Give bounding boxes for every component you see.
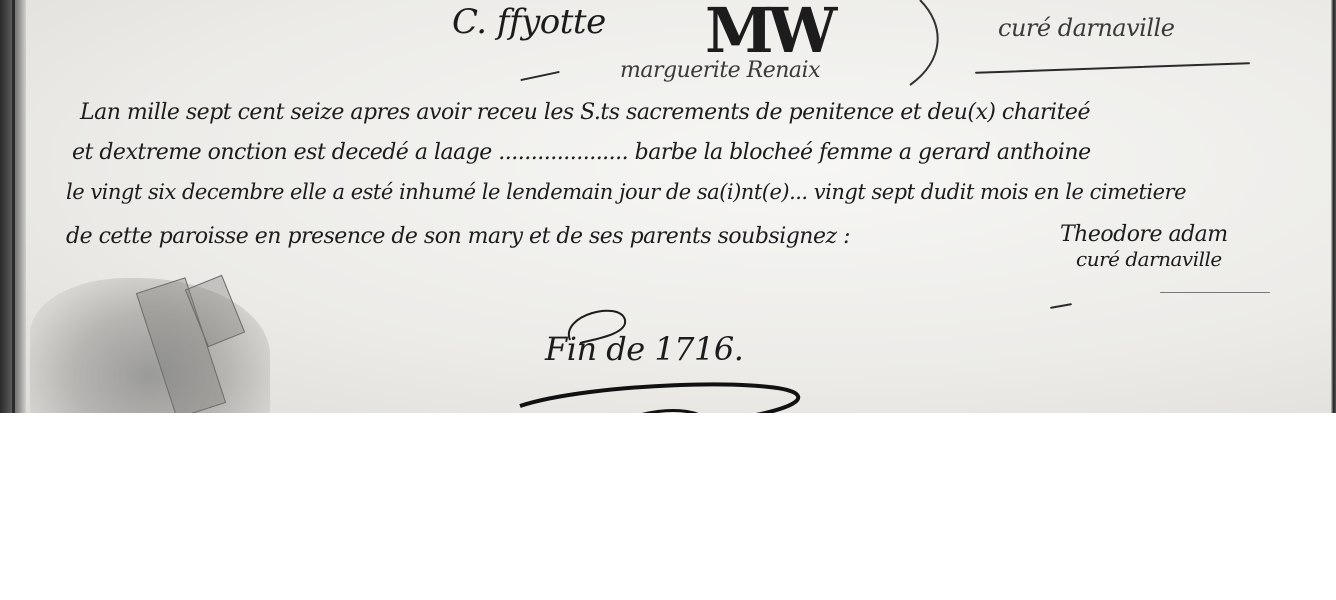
faint-rule <box>1160 292 1270 293</box>
register-scan: C. ffyotte MW marguerite Renaix curé dar… <box>0 0 1336 413</box>
signature-ffyotte: C. ffyotte <box>452 2 606 42</box>
signature-cure-title: curé darnaville <box>1076 247 1244 271</box>
page-right-edge <box>1331 0 1336 413</box>
signature-theodore-adam: Theodore adam <box>1060 222 1228 247</box>
underline-rule <box>975 62 1250 74</box>
entry-line-4: de cette paroisse en presence de son mar… <box>66 224 850 249</box>
entry-line-2: et dextreme onction est decedé a laage .… <box>72 140 1091 165</box>
signature-cure-top: curé darnaville <box>998 14 1174 42</box>
entry-signature: Theodore adam curé darnaville <box>1060 222 1228 271</box>
entry-line-1: Lan mille sept cent seize apres avoir re… <box>80 100 1090 125</box>
bracket-curve <box>890 0 950 90</box>
signature-mark: MW <box>705 0 831 67</box>
pen-stroke <box>520 71 559 81</box>
entry-line-3: le vingt six decembre elle a esté inhumé… <box>66 180 1186 204</box>
binding-edge-line <box>12 0 15 413</box>
signature-marguerite: marguerite Renaix <box>620 58 820 83</box>
pen-stroke <box>1050 303 1072 309</box>
closing-text: Fin de 1716. <box>545 330 743 368</box>
closing-flourish <box>510 378 810 413</box>
